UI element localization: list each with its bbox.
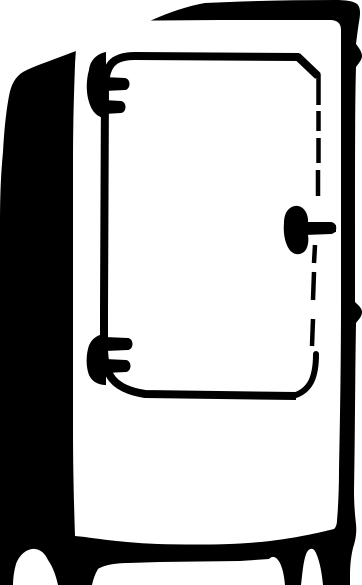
fridge-front-panel xyxy=(73,20,341,545)
hinge-bottom-lower-prong xyxy=(105,359,131,373)
hinge-top-upper-prong xyxy=(104,77,130,91)
hinge-bottom-upper-prong xyxy=(105,337,133,351)
refrigerator-svg: Refrigerator clipart xyxy=(0,0,362,585)
handle-latch-tip xyxy=(330,224,336,233)
refrigerator-illustration: Refrigerator clipart xyxy=(0,0,362,585)
hinge-top-lower-prong xyxy=(104,100,126,114)
